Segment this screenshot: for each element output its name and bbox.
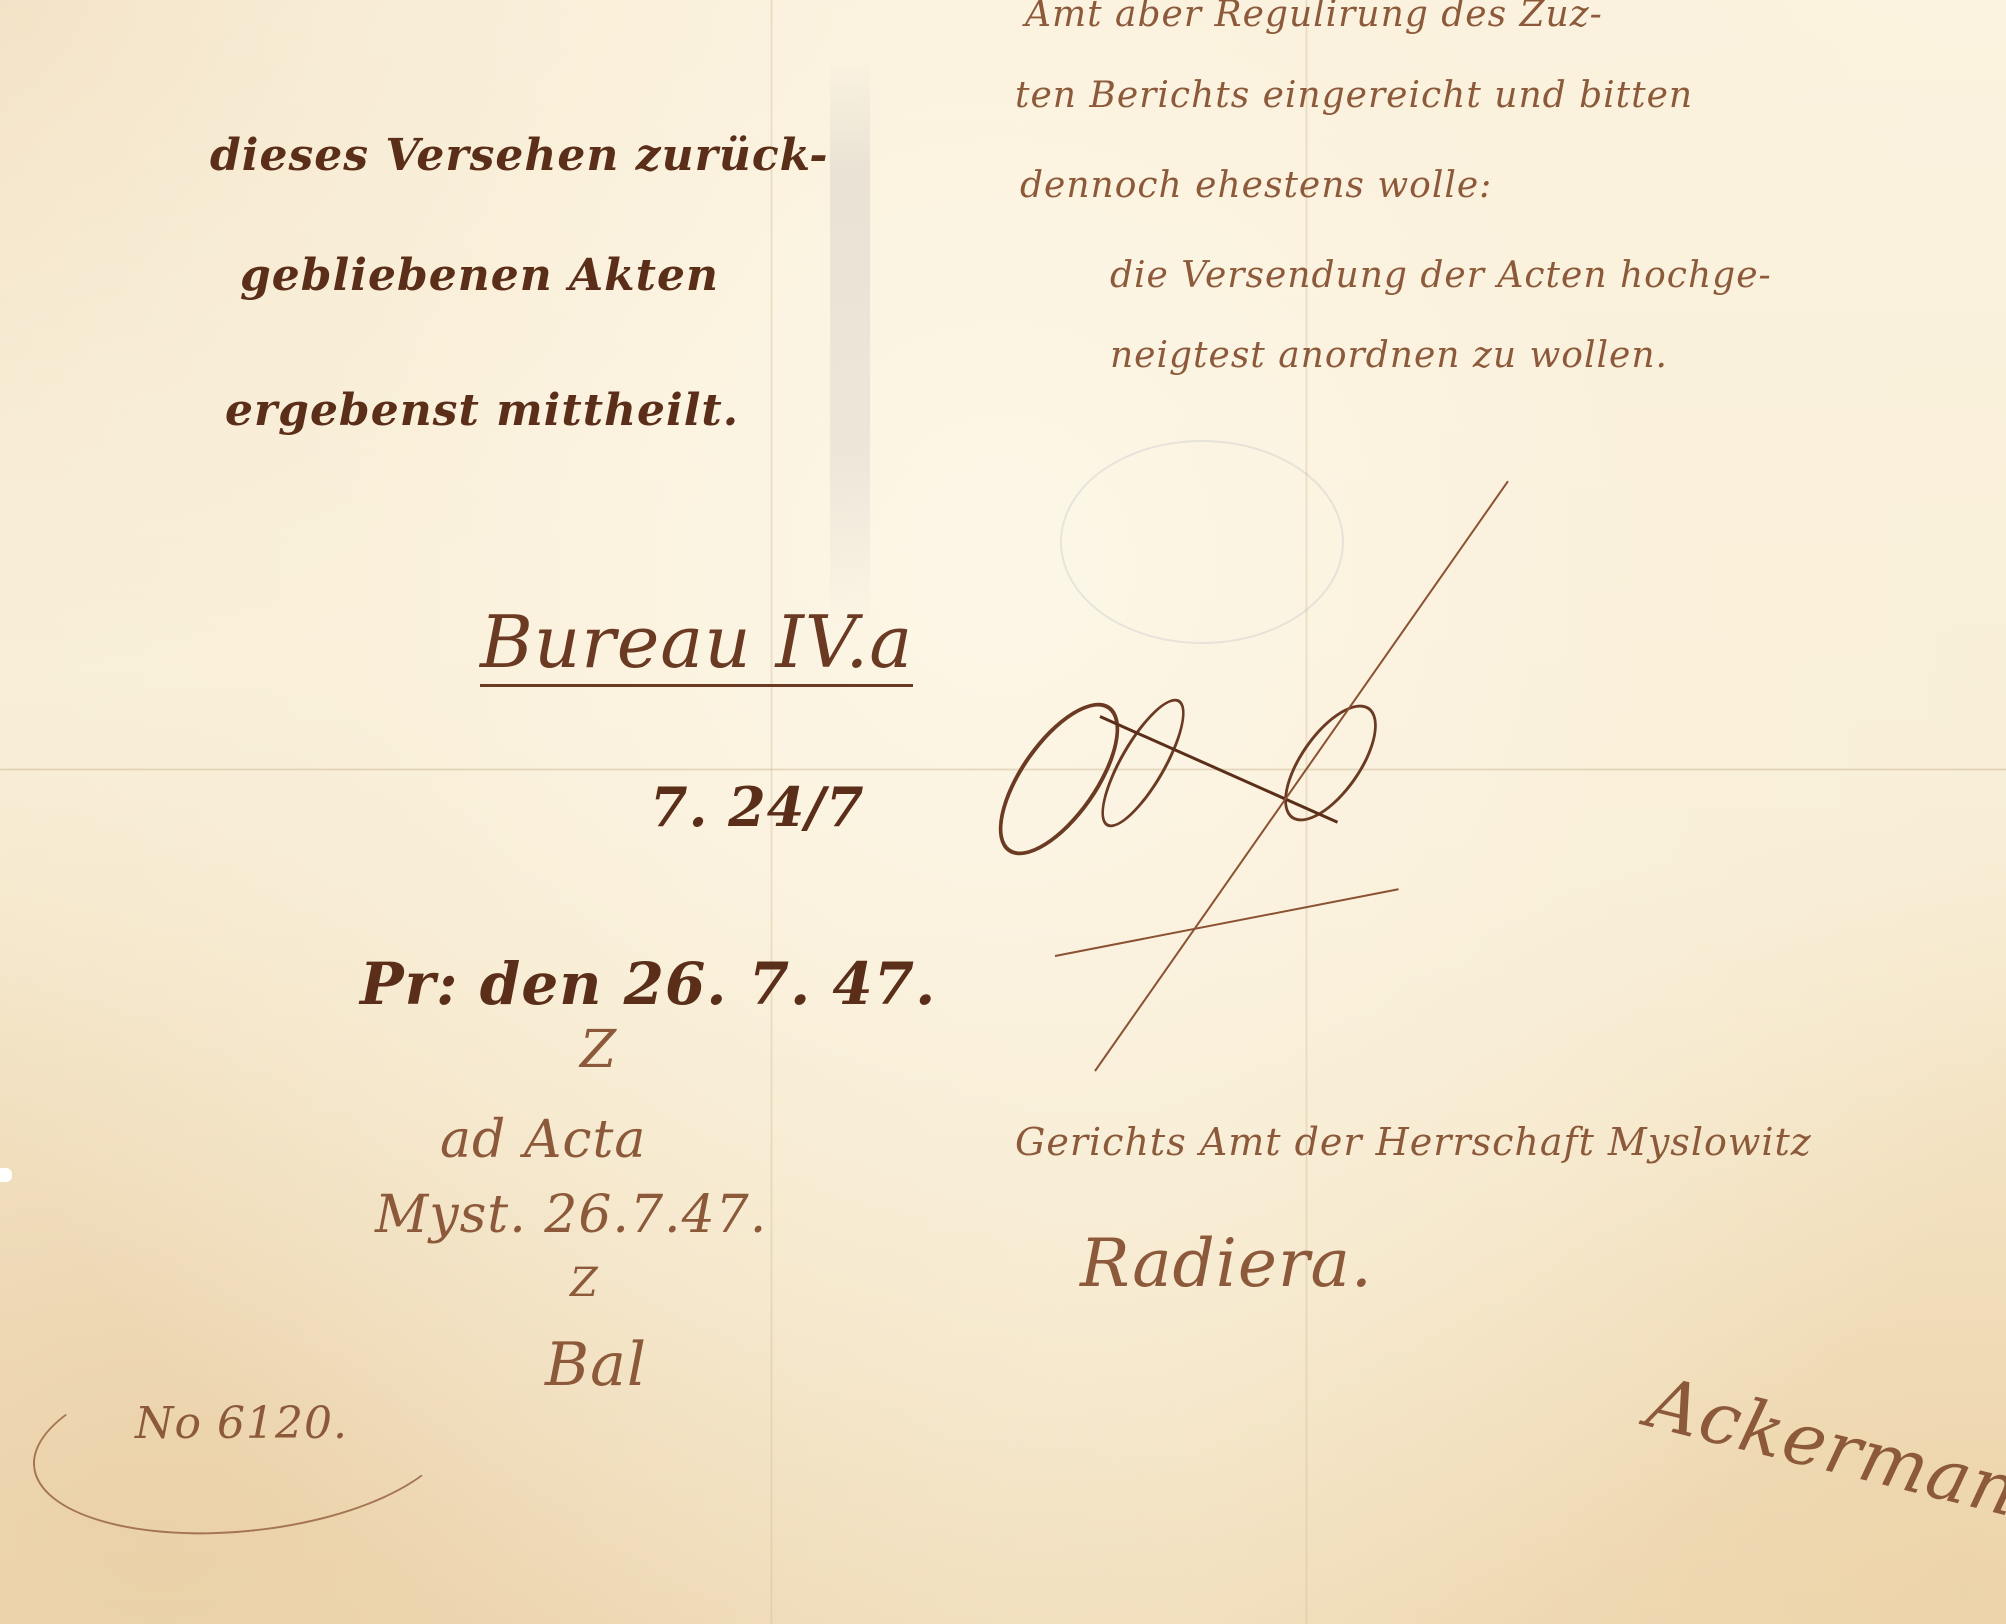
right-line-3: dennoch ehestens wolle: (1020, 165, 1492, 206)
body-line-2: gebliebenen Akten (240, 250, 719, 301)
registry-mark-1: Z (580, 1020, 617, 1080)
faded-stamp (1060, 440, 1344, 644)
sender-office: Gerichts Amt der Herrschaft Myslowitz (1015, 1120, 1812, 1164)
bureau-label: Bureau IV.a (480, 600, 913, 687)
paper-edge-notch (0, 1168, 12, 1182)
body-line-3: ergebenst mittheilt. (225, 385, 739, 436)
signature-second: Ackermann. (1640, 1360, 2006, 1550)
paraph-underline (1055, 888, 1399, 957)
bureau-note: Bureau IV.a (480, 600, 913, 684)
ad-acta-note: ad Acta (440, 1110, 646, 1170)
right-line-5: neigtest anordnen zu wollen. (1110, 335, 1668, 376)
received-date: 7. 24/7 (650, 775, 865, 839)
presentatum-date: Pr: den 26. 7. 47. (360, 950, 936, 1018)
paraph-loop-3 (1267, 690, 1395, 836)
right-line-1: Amt aber Regulirung des Zuz- (1025, 0, 1603, 35)
document-number: No 6120. (135, 1398, 348, 1449)
body-line-1: dieses Versehen zurück- (210, 130, 829, 181)
document-page: dieses Versehen zurück- gebliebenen Akte… (0, 0, 2006, 1624)
registry-mark-2: Z (570, 1260, 599, 1306)
right-line-4: die Versendung der Acten hochge- (1110, 255, 1772, 296)
fold-line-horizontal (0, 768, 2006, 771)
pencil-mark (830, 60, 870, 630)
filed-date: Myst. 26.7.47. (375, 1185, 767, 1245)
clerk-initials: Bal (545, 1330, 647, 1400)
signature-radiera: Radiera. (1080, 1225, 1373, 1302)
right-line-2: ten Berichts eingereicht und bitten (1015, 75, 1693, 116)
